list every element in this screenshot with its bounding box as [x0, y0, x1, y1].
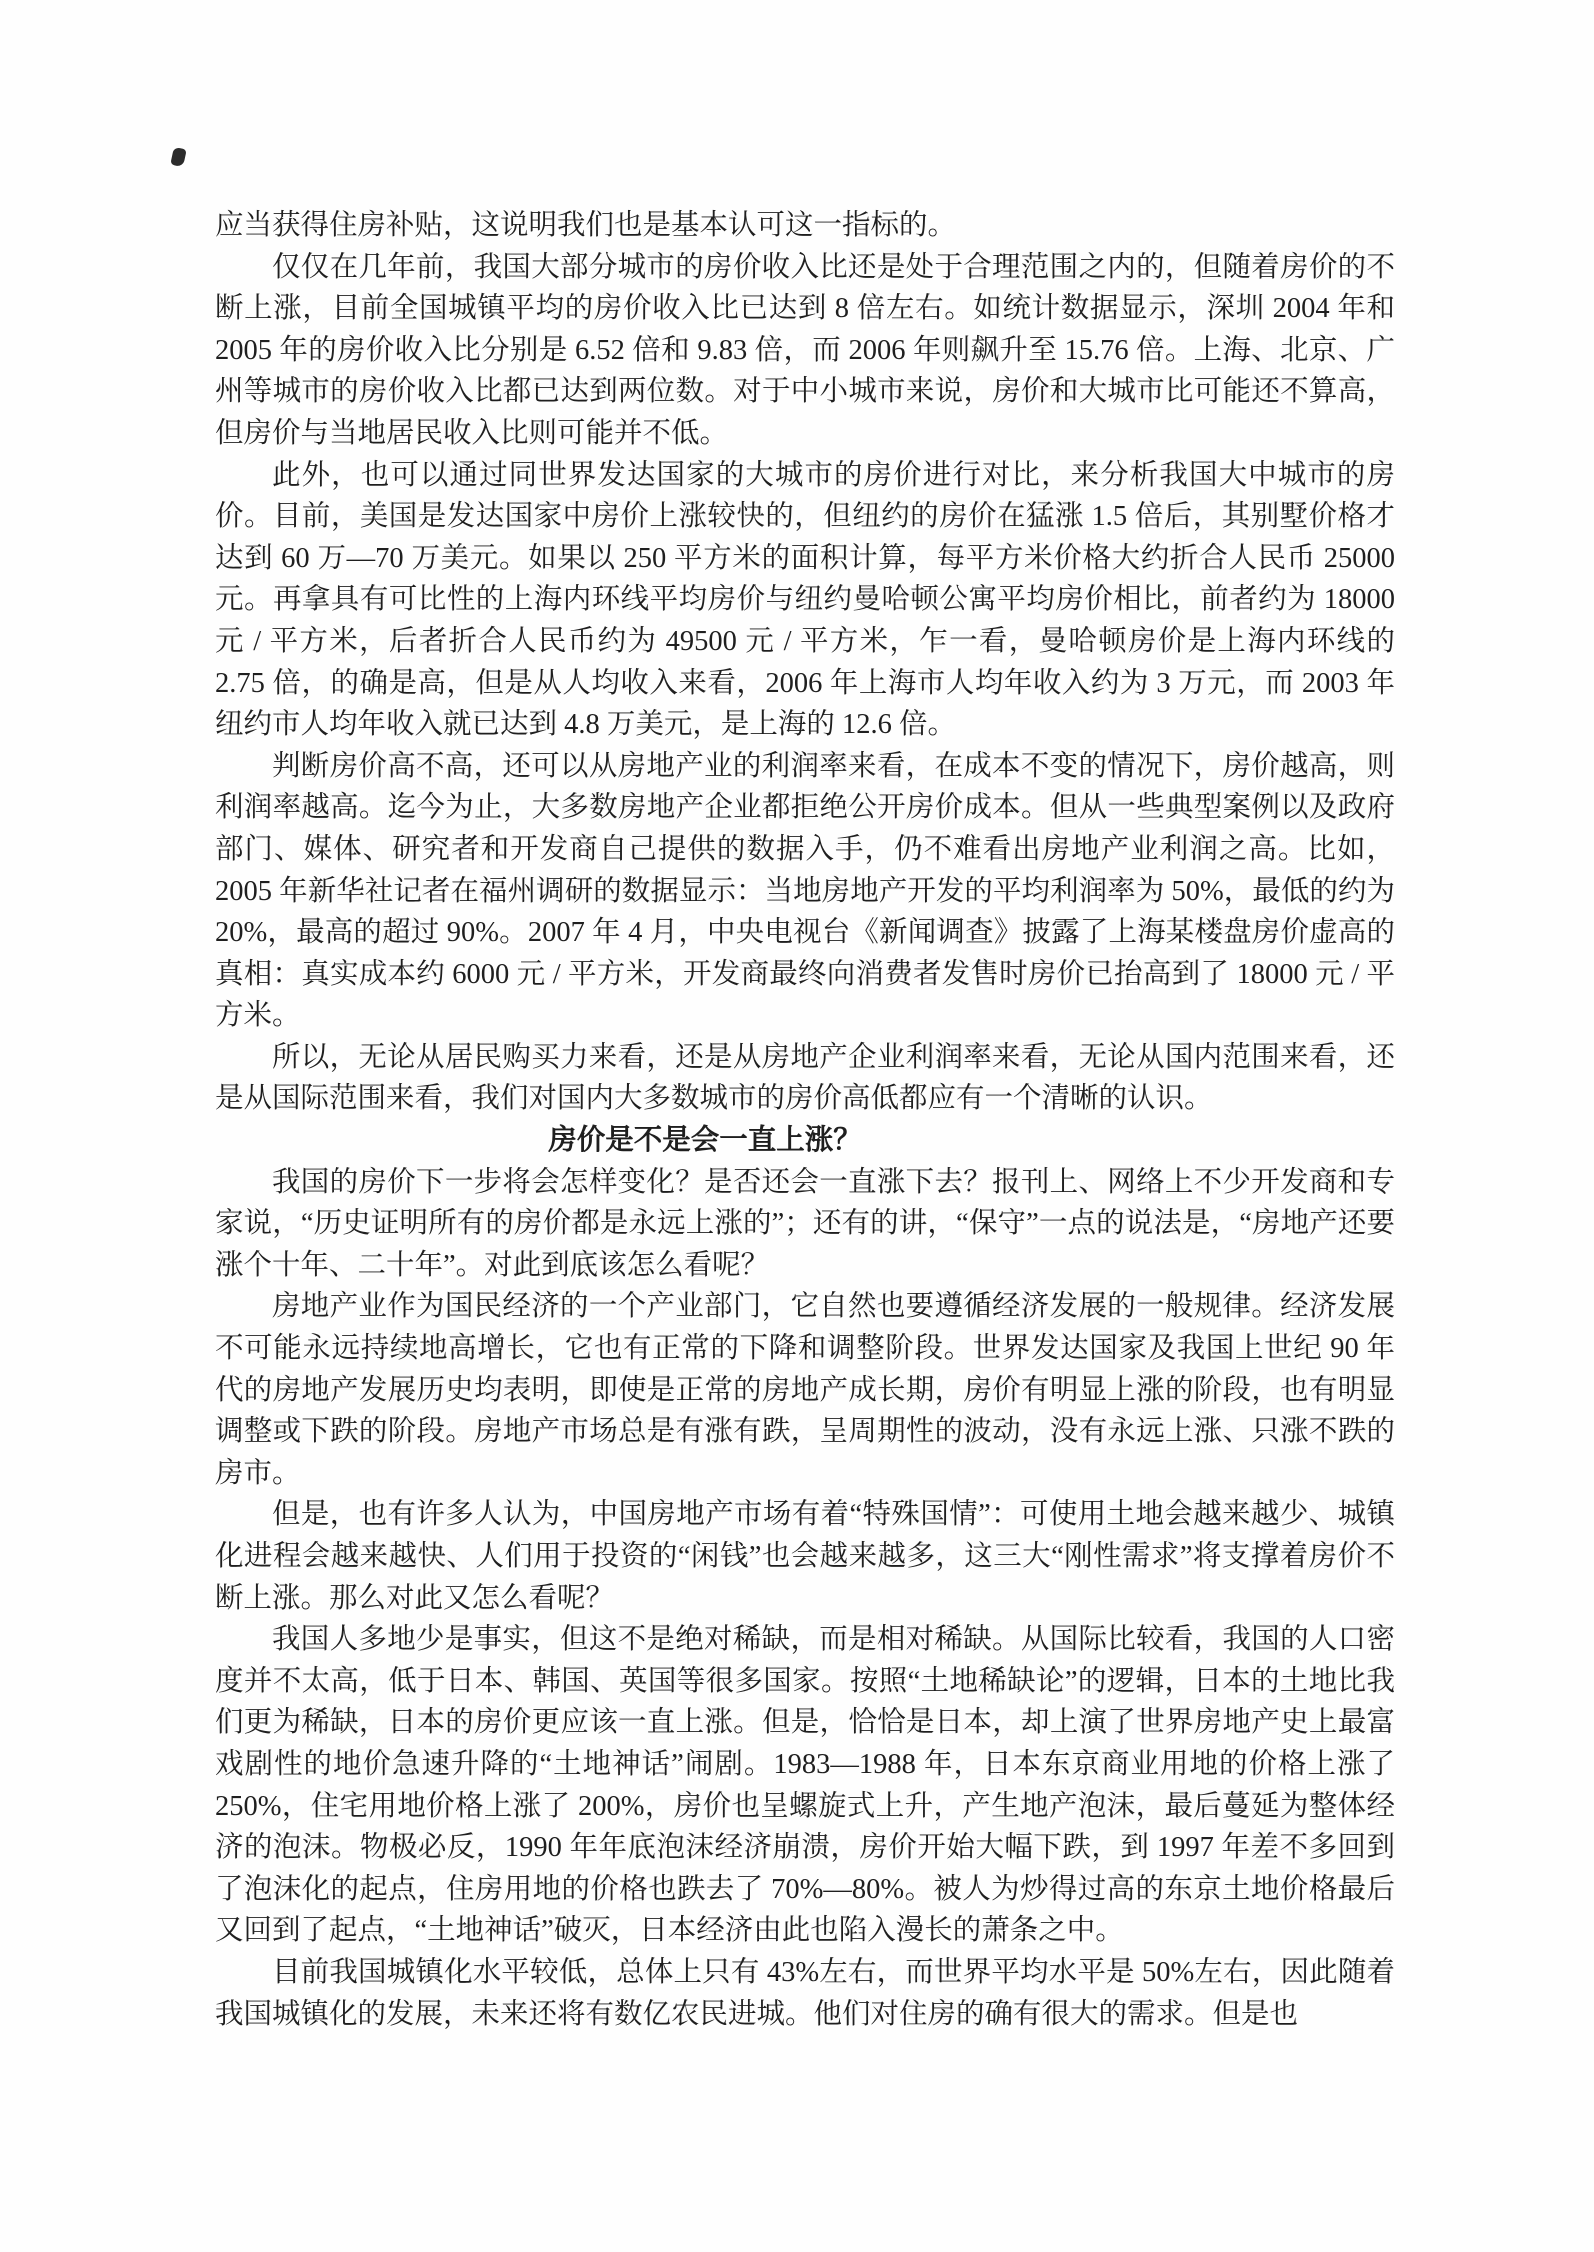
scan-artifact-speck	[170, 147, 186, 167]
paragraph: 所以，无论从居民购买力来看，还是从房地产企业利润率来看，无论从国内范围来看，还是…	[215, 1037, 1395, 1120]
paragraph: 应当获得住房补贴，这说明我们也是基本认可这一指标的。	[215, 205, 1395, 247]
paragraph: 此外，也可以通过同世界发达国家的大城市的房价进行对比，来分析我国大中城市的房价。…	[215, 455, 1395, 746]
paragraph: 目前我国城镇化水平较低，总体上只有 43%左右，而世界平均水平是 50%左右，因…	[215, 1952, 1395, 2035]
paragraph: 但是，也有许多人认为，中国房地产市场有着“特殊国情”：可使用土地会越来越少、城镇…	[215, 1494, 1395, 1619]
text-block: 应当获得住房补贴，这说明我们也是基本认可这一指标的。仅仅在几年前，我国大部分城市…	[215, 205, 1395, 2035]
paragraph: 我国人多地少是事实，但这不是绝对稀缺，而是相对稀缺。从国际比较看，我国的人口密度…	[215, 1619, 1395, 1952]
section-heading: 房价是不是会一直上涨？	[115, 1120, 1295, 1162]
paragraph: 仅仅在几年前，我国大部分城市的房价收入比还是处于合理范围之内的，但随着房价的不断…	[215, 247, 1395, 455]
paragraph: 我国的房价下一步将会怎样变化？是否还会一直涨下去？报刊上、网络上不少开发商和专家…	[215, 1162, 1395, 1287]
paragraph: 房地产业作为国民经济的一个产业部门，它自然也要遵循经济发展的一般规律。经济发展不…	[215, 1286, 1395, 1494]
paragraph: 判断房价高不高，还可以从房地产业的利润率来看，在成本不变的情况下，房价越高，则利…	[215, 746, 1395, 1037]
document-page: 应当获得住房补贴，这说明我们也是基本认可这一指标的。仅仅在几年前，我国大部分城市…	[0, 0, 1594, 2252]
